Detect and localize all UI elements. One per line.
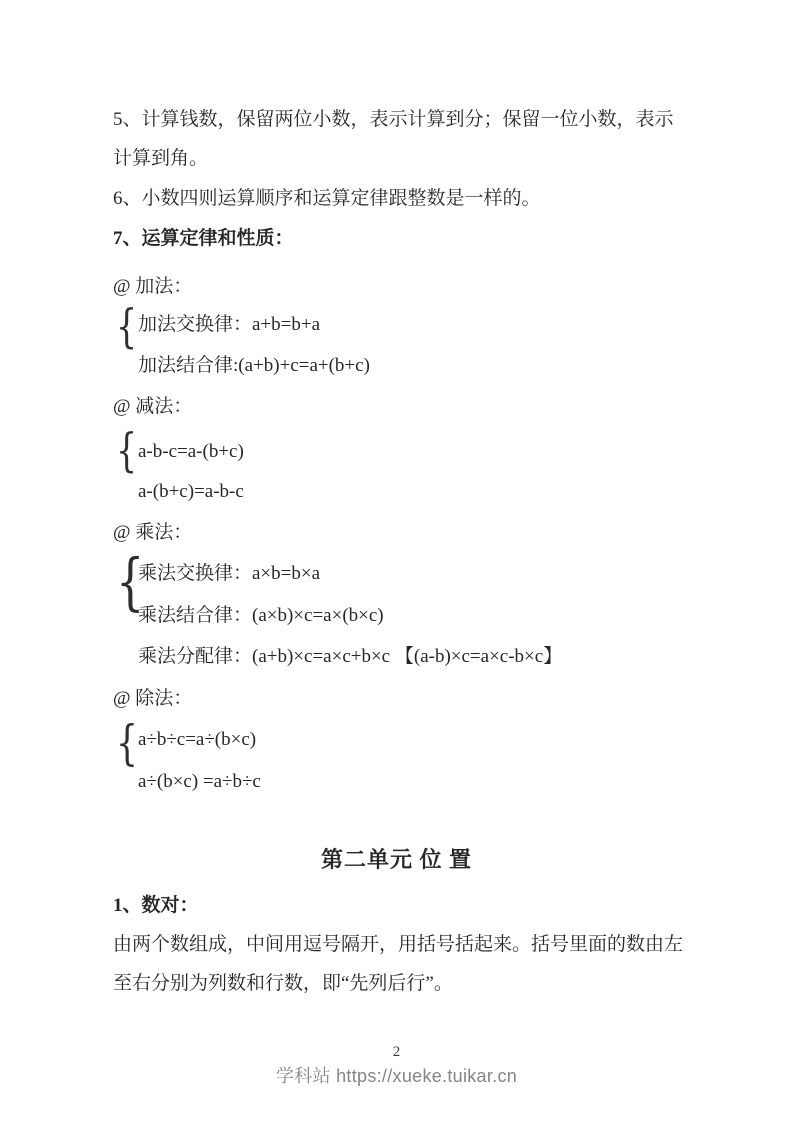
multiplication-commutative-law: 乘法交换律：a×b=b×a [138,561,320,587]
division-rule-1: a÷b÷c=a÷(b×c) [138,727,256,753]
left-brace-division: { [116,719,138,767]
number-pair-desc-line-2: 至右分别为列数和行数，即“先列后行”。 [113,971,453,997]
addition-label: @ 加法： [113,274,192,300]
left-brace-subtraction: { [116,427,137,473]
document-page: 5、计算钱数，保留两位小数，表示计算到分；保留一位小数，表示 计算到角。 6、小… [0,0,793,1122]
left-brace-addition: { [116,303,137,349]
addition-associative-law: 加法结合律:(a+b)+c=a+(b+c) [138,353,370,379]
division-rule-2: a÷(b×c) =a÷b÷c [138,769,261,795]
division-label: @ 除法： [113,686,192,712]
footer-site-link: 学科站 https://xueke.tuikar.cn [0,1064,793,1088]
note-5-line-2: 计算到角。 [113,146,208,172]
heading-number-pair: 1、数对： [113,893,199,919]
multiplication-label: @ 乘法： [113,520,192,546]
number-pair-desc-line-1: 由两个数组成，中间用逗号隔开，用括号括起来。括号里面的数由左 [113,932,683,958]
heading-operation-laws: 7、运算定律和性质： [113,226,294,252]
addition-commutative-law: 加法交换律：a+b=b+a [138,312,320,338]
note-6: 6、小数四则运算顺序和运算定律跟整数是一样的。 [113,186,541,212]
note-5-line-1: 5、计算钱数，保留两位小数，表示计算到分；保留一位小数，表示 [113,107,674,133]
subtraction-rule-1: a-b-c=a-(b+c) [138,439,244,465]
unit-2-title: 第二单元 位 置 [0,847,793,873]
multiplication-distributive-law: 乘法分配律：(a+b)×c=a×c+b×c 【(a-b)×c=a×c-b×c】 [138,644,562,670]
subtraction-label: @ 减法： [113,394,192,420]
subtraction-rule-2: a-(b+c)=a-b-c [138,479,244,505]
multiplication-associative-law: 乘法结合律：(a×b)×c=a×(b×c) [138,603,384,629]
page-number: 2 [0,1043,793,1061]
